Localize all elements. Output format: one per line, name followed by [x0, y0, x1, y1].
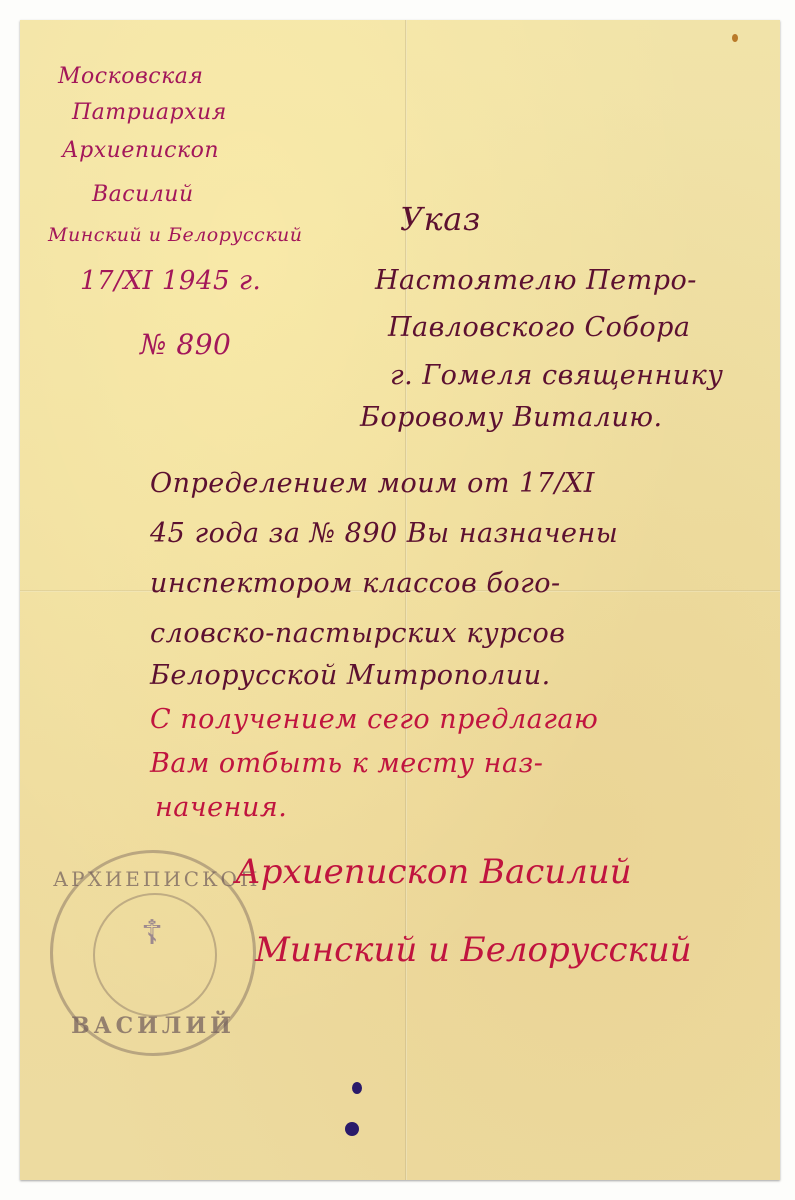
instruction-line-3: начения. [155, 792, 287, 823]
header-line-1: Московская [58, 62, 203, 92]
seal-inner-ring [93, 893, 217, 1017]
header-date: 17/XI 1945 г. [80, 266, 261, 296]
signature-line-1: Архиепископ Василий [235, 852, 632, 892]
ink-blot [352, 1082, 362, 1094]
header-line-5: Минский и Белорусский [48, 220, 303, 250]
header-line-2: Патриархия [72, 98, 227, 128]
addressee-line-4: Боровому Виталию. [360, 402, 663, 433]
body-line-4: словско-пастырских курсов [150, 618, 566, 649]
instruction-line-1: С получением сего предлагаю [150, 704, 598, 735]
signature-line-2: Минский и Белорусский [255, 930, 692, 970]
ink-blot [345, 1122, 359, 1136]
body-line-5: Белорусской Митрополии. [150, 660, 551, 691]
cross-icon: ☦ [141, 913, 163, 953]
seal-bottom-text: ВАСИЛИЙ [53, 1013, 253, 1039]
body-line-2: 45 года за № 890 Вы назначены [150, 518, 618, 549]
document-page: Московская Патриархия Архиепископ Васили… [20, 20, 780, 1180]
body-line-3: инспектором классов бого- [150, 568, 561, 599]
header-line-4: Василий [92, 180, 194, 210]
vertical-fold [405, 20, 407, 1180]
seal-top-text: АРХИЕПИСКОП [53, 867, 253, 891]
body-line-1: Определением моим от 17/XI [150, 468, 595, 499]
instruction-line-2: Вам отбыть к месту наз- [150, 748, 543, 779]
stain-spot [732, 34, 738, 42]
official-seal: АРХИЕПИСКОП ☦ ВАСИЛИЙ [50, 850, 256, 1056]
addressee-line-1: Настоятелю Петро- [375, 265, 697, 296]
header-number: № 890 [140, 330, 231, 360]
document-title: Указ [400, 200, 481, 238]
addressee-line-2: Павловского Собора [388, 312, 691, 343]
addressee-line-3: г. Гомеля священнику [390, 360, 723, 391]
header-line-3: Архиепископ [62, 136, 219, 166]
